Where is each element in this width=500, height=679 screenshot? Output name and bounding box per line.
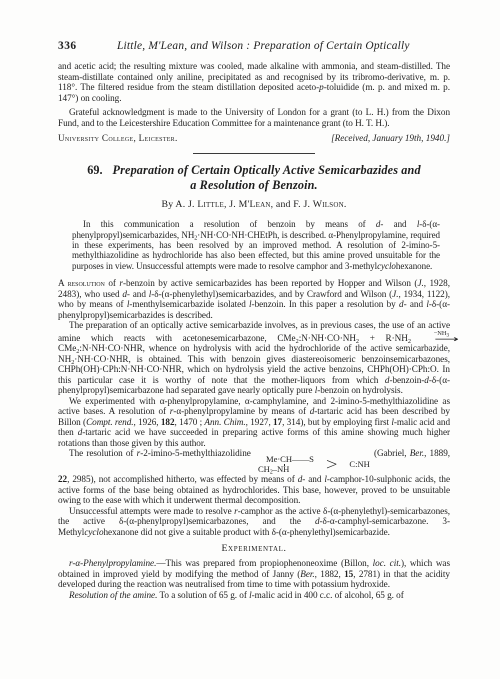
article-title: 69.Preparation of Certain Optically Acti… xyxy=(58,163,450,192)
acknowledgment-paragraph: Grateful acknowledgment is made to the U… xyxy=(58,107,450,128)
body-paragraph-2: The preparation of an optically active s… xyxy=(58,320,450,396)
body-paragraph-4: The resolution of r-2-imino-5-methylthia… xyxy=(58,448,450,505)
institution: University College, Leicester. xyxy=(58,133,178,144)
body-paragraph-5: Unsuccessful attempts were made to resol… xyxy=(58,506,450,538)
running-head: 336 Little, M'Lean, and Wilson : Prepara… xyxy=(58,40,450,53)
article-title-line2: a Resolution of Benzoin. xyxy=(190,178,318,192)
imprint-line: University College, Leicester. [Received… xyxy=(58,133,450,144)
abstract-paragraph: In this communication a resolution of be… xyxy=(72,219,440,271)
byline: By A. J. Little, J. M'Lean, and F. J. Wi… xyxy=(58,199,450,210)
article-title-line1: Preparation of Certain Optically Active … xyxy=(113,163,421,177)
received-date: [Received, January 19th, 1940.] xyxy=(331,133,450,144)
body-paragraph-1: A resolution of r-benzoin by active semi… xyxy=(58,278,450,320)
experimental-paragraph-2: Resolution of the amine. To a solution o… xyxy=(58,590,450,601)
article-number: 69. xyxy=(87,163,102,177)
previous-article-paragraph: and acetic acid; the resulting mixture w… xyxy=(58,61,450,103)
journal-page: 336 Little, M'Lean, and Wilson : Prepara… xyxy=(0,0,500,679)
reaction-arrow: −NH3⟶ xyxy=(423,331,449,343)
page-number: 336 xyxy=(58,40,77,53)
body-paragraph-3: We experimented with α-phenylpropylamine… xyxy=(58,396,450,449)
thiazolidine-structure: Me·CH——SCH2–NH>C:NH xyxy=(255,455,370,474)
article-divider-rule xyxy=(193,153,315,154)
running-title: Little, M'Lean, and Wilson : Preparation… xyxy=(77,40,450,53)
experimental-heading: Experimental. xyxy=(58,543,450,554)
experimental-paragraph-1: r-α-Phenylpropylamine.—This was prepared… xyxy=(58,558,450,590)
